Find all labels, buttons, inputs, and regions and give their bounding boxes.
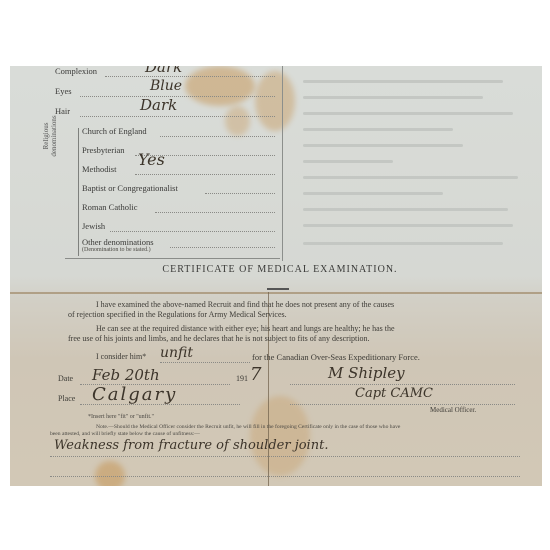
dotted-line — [155, 212, 275, 213]
hair-value: Dark — [140, 96, 177, 114]
rank-signature: Capt CAMC — [355, 386, 433, 401]
religion-presbyterian: Presbyterian — [82, 145, 125, 155]
religion-jewish: Jewish — [82, 221, 105, 231]
paragraph-2-line-1: He can see at the required distance with… — [96, 324, 395, 333]
divider — [65, 258, 280, 259]
note-line-2: been attested, and will briefly state be… — [50, 431, 200, 437]
consider-prefix: I consider him* — [96, 352, 146, 361]
document-page: Complexion Dark Eyes Blue Hair Dark Reli… — [10, 66, 542, 486]
dotted-line — [80, 404, 240, 405]
place-value: Calgary — [92, 384, 177, 405]
footnote: *Insert here "fit" or "unfit." — [88, 414, 154, 420]
stain — [95, 461, 125, 486]
dotted-line — [110, 231, 275, 232]
stain — [250, 396, 310, 476]
fold-line — [10, 292, 542, 294]
religious-denominations-label: Religious denominations — [42, 106, 58, 166]
consider-suffix: for the Canadian Over-Seas Expeditionary… — [252, 352, 420, 362]
dotted-line — [160, 362, 250, 363]
dotted-line — [160, 136, 275, 137]
place-label: Place — [58, 394, 75, 403]
year-value: 7 — [250, 364, 261, 385]
dotted-line — [80, 116, 275, 117]
paragraph-1-line-2: of rejection specified in the Regulation… — [68, 310, 287, 319]
dotted-line — [135, 174, 275, 175]
medical-officer-label: Medical Officer. — [430, 406, 476, 414]
dotted-line — [50, 456, 520, 457]
dotted-line — [50, 476, 520, 477]
stain — [185, 66, 255, 106]
paragraph-1-line-1: I have examined the above-named Recruit … — [96, 300, 394, 309]
eyes-label: Eyes — [55, 86, 72, 96]
dotted-line — [205, 193, 275, 194]
religion-other-note: (Denomination to be stated.) — [82, 247, 151, 253]
note-line-1: Note.—Should the Medical Officer conside… — [96, 424, 400, 430]
dotted-line — [290, 404, 515, 405]
faded-right-page — [282, 66, 535, 261]
cause-of-unfitness: Weakness from fracture of shoulder joint… — [54, 438, 328, 453]
methodist-value: Yes — [138, 150, 165, 169]
certificate-title: CERTIFICATE OF MEDICAL EXAMINATION. — [10, 264, 542, 275]
religion-church-of-england: Church of England — [82, 126, 147, 136]
dotted-line — [170, 247, 275, 248]
eyes-value: Blue — [150, 78, 182, 94]
title-rule — [267, 288, 289, 290]
date-value: Feb 20th — [92, 366, 160, 384]
religion-roman-catholic: Roman Catholic — [82, 202, 137, 212]
complexion-label: Complexion — [55, 66, 97, 76]
dotted-line — [290, 384, 515, 385]
religion-other: Other denominations — [82, 237, 154, 247]
date-label: Date — [58, 374, 73, 383]
paragraph-2-line-2: free use of his joints and limbs, and he… — [68, 334, 369, 343]
religion-methodist: Methodist — [82, 164, 116, 174]
dotted-line — [80, 96, 275, 97]
year-prefix: 191 — [236, 374, 248, 383]
consider-value: unfit — [160, 345, 193, 361]
dotted-line — [105, 76, 275, 77]
medical-officer-signature: M Shipley — [328, 364, 405, 382]
complexion-value: Dark — [145, 66, 182, 76]
religion-baptist: Baptist or Congregationalist — [82, 183, 178, 193]
